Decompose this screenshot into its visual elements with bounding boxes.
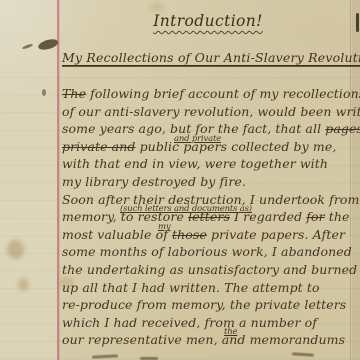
handwritten-text: the undertaking as unsatisfactory and bu… bbox=[62, 262, 357, 277]
manuscript-line: private and public and private papers co… bbox=[62, 139, 336, 154]
manuscript-line: with that end in view, were together wit… bbox=[62, 156, 328, 171]
left-margin bbox=[0, 0, 57, 360]
inserted-text: my bbox=[158, 220, 170, 235]
manuscript-line: of our anti-slavery revolution, would be… bbox=[62, 104, 360, 119]
manuscript-line: memory, to restore letters(such letters … bbox=[62, 209, 350, 224]
handwritten-text: private papers. After bbox=[207, 227, 345, 242]
paper-stain bbox=[7, 240, 24, 259]
handwritten-text: with that end in view, were together wit… bbox=[62, 156, 328, 171]
manuscript-line: most valuable of mythose private papers.… bbox=[62, 227, 345, 242]
handwritten-text: my library destroyed by fire. bbox=[62, 174, 246, 189]
struck-text: pages, bbox=[325, 121, 360, 136]
manuscript-page: Introduction! My Recollections of Our An… bbox=[0, 0, 360, 360]
manuscript-line: re-produce from memory, the private lett… bbox=[62, 297, 346, 312]
manuscript-line: our representative men, and the memorand… bbox=[62, 332, 345, 347]
inserted-text: and private bbox=[174, 132, 221, 147]
paper-stain bbox=[18, 278, 29, 291]
ink-mark-top-right bbox=[356, 13, 359, 32]
ink-dot bbox=[42, 89, 46, 96]
handwritten-text: most valuable of bbox=[62, 227, 172, 242]
struck-text: The bbox=[62, 86, 86, 101]
handwritten-text: memorandums bbox=[250, 332, 346, 347]
struck-text: for bbox=[306, 209, 324, 224]
page-subtitle: My Recollections of Our Anti-Slavery Rev… bbox=[62, 50, 360, 67]
page-title: Introduction! bbox=[62, 12, 354, 30]
manuscript-line: some months of laborious work, I abandon… bbox=[62, 244, 352, 259]
handwritten-text: up all that I had written. The attempt t… bbox=[62, 280, 320, 295]
struck-text: those bbox=[172, 227, 207, 242]
manuscript-line: which I had received, from a number of bbox=[62, 315, 317, 330]
inserted-text: the bbox=[224, 325, 237, 340]
manuscript-line: my library destroyed by fire. bbox=[62, 174, 246, 189]
struck-text: private and bbox=[62, 139, 136, 154]
handwritten-text: the bbox=[325, 209, 350, 224]
handwritten-text: of our anti-slavery revolution, would be… bbox=[62, 104, 360, 119]
handwritten-text: re-produce from memory, the private lett… bbox=[62, 297, 346, 312]
manuscript-line: The following brief account of my recoll… bbox=[62, 86, 360, 101]
inserted-text: (such letters and documents as) bbox=[120, 202, 252, 217]
handwritten-text: which I had received, from a number of bbox=[62, 315, 317, 330]
handwriting-layer: Introduction! My Recollections of Our An… bbox=[62, 0, 354, 360]
handwritten-text: our representative men, and bbox=[62, 332, 250, 347]
handwritten-text: some months of laborious work, I abandon… bbox=[62, 244, 352, 259]
margin-rule-line-echo bbox=[59, 0, 60, 360]
handwritten-text: following brief account of my recollecti… bbox=[86, 86, 360, 101]
manuscript-line: up all that I had written. The attempt t… bbox=[62, 280, 320, 295]
manuscript-line: the undertaking as unsatisfactory and bu… bbox=[62, 262, 357, 277]
